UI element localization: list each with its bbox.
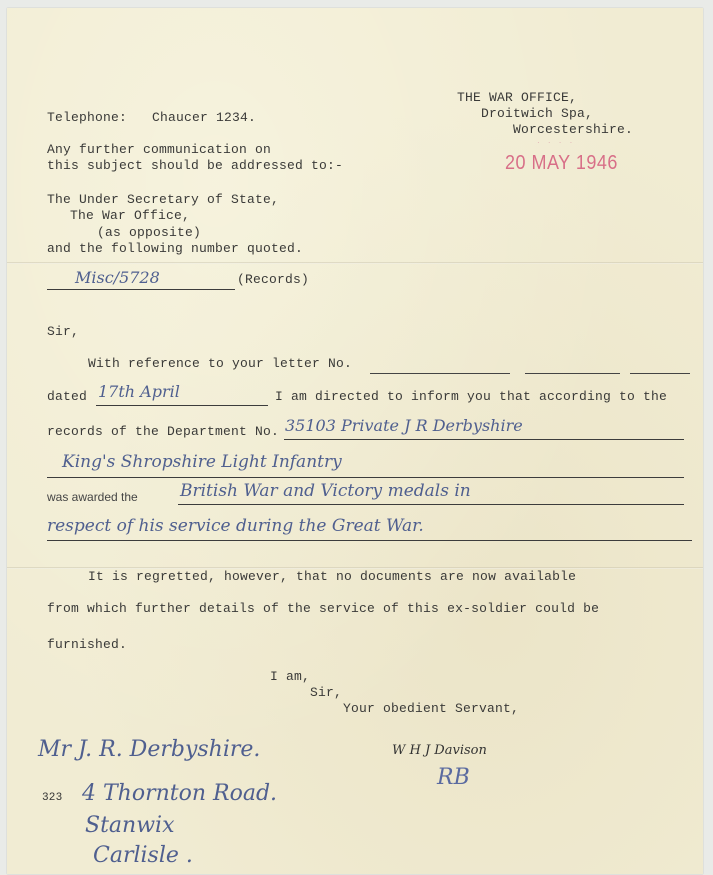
recipient-house-number-prefix: 323 xyxy=(42,790,62,806)
instruction-line-2: this subject should be addressed to:- xyxy=(47,158,343,174)
letter-number-blank-3 xyxy=(630,373,690,374)
service-description-underline xyxy=(47,540,692,541)
medals-underline xyxy=(178,504,684,505)
regiment-underline xyxy=(47,477,684,478)
address-line-2: The War Office, xyxy=(70,208,190,224)
reference-underline xyxy=(47,289,235,290)
letter-number-blank-1 xyxy=(370,373,510,374)
sender-line-3: Worcestershire. xyxy=(513,122,633,138)
reference-letter-label: With reference to your letter No. xyxy=(88,356,352,372)
address-line-3: (as opposite) xyxy=(97,225,201,241)
recipient-district: Stanwix xyxy=(85,813,174,838)
instruction-line-1: Any further communication on xyxy=(47,142,271,158)
reference-number-handwritten: Misc/5728 xyxy=(75,268,160,287)
medals-handwritten: British War and Victory medals in xyxy=(180,481,471,501)
closing-line-3: Your obedient Servant, xyxy=(343,701,519,717)
sender-line-2: Droitwich Spa, xyxy=(481,106,593,122)
letter-number-blank-2 xyxy=(525,373,620,374)
recipient-street: 4 Thornton Road. xyxy=(82,781,277,806)
dated-value-handwritten: 17th April xyxy=(98,382,180,401)
sender-line-1: THE WAR OFFICE, xyxy=(457,90,577,106)
telephone-label: Telephone: xyxy=(47,110,127,126)
regret-line-2: from which further details of the servic… xyxy=(47,601,599,617)
awarded-prefix: was awarded the xyxy=(47,489,138,505)
service-description-handwritten: respect of his service during the Great … xyxy=(47,516,424,536)
closing-line-2: Sir, xyxy=(310,685,342,701)
date-stamp: 20 MAY 1946 xyxy=(505,150,618,174)
regret-line-1: It is regretted, however, that no docume… xyxy=(88,569,576,585)
salutation: Sir, xyxy=(47,324,79,340)
dated-label: dated xyxy=(47,389,87,405)
closing-line-1: I am, xyxy=(270,669,310,685)
regret-line-3: furnished. xyxy=(47,637,127,653)
reference-suffix: (Records) xyxy=(237,272,309,288)
recipient-city: Carlisle . xyxy=(93,843,193,868)
regiment-handwritten: King's Shropshire Light Infantry xyxy=(62,452,342,472)
service-number-underline xyxy=(284,439,684,440)
dated-underline xyxy=(96,405,268,406)
records-prefix: records of the Department No. xyxy=(47,424,279,440)
signature: W H J Davison xyxy=(392,743,487,758)
address-line-1: The Under Secretary of State, xyxy=(47,192,279,208)
address-line-4: and the following number quoted. xyxy=(47,241,303,257)
recipient-name: Mr J. R. Derbyshire. xyxy=(38,737,260,762)
fold-line-upper xyxy=(7,262,703,264)
service-number-name-handwritten: 35103 Private J R Derbyshire xyxy=(285,416,523,435)
telephone-value: Chaucer 1234. xyxy=(152,110,256,126)
initials-mark: RB xyxy=(437,765,470,790)
body-line-2: I am directed to inform you that accordi… xyxy=(275,389,667,405)
stamp-header-illegible: · · · · xyxy=(537,138,575,147)
